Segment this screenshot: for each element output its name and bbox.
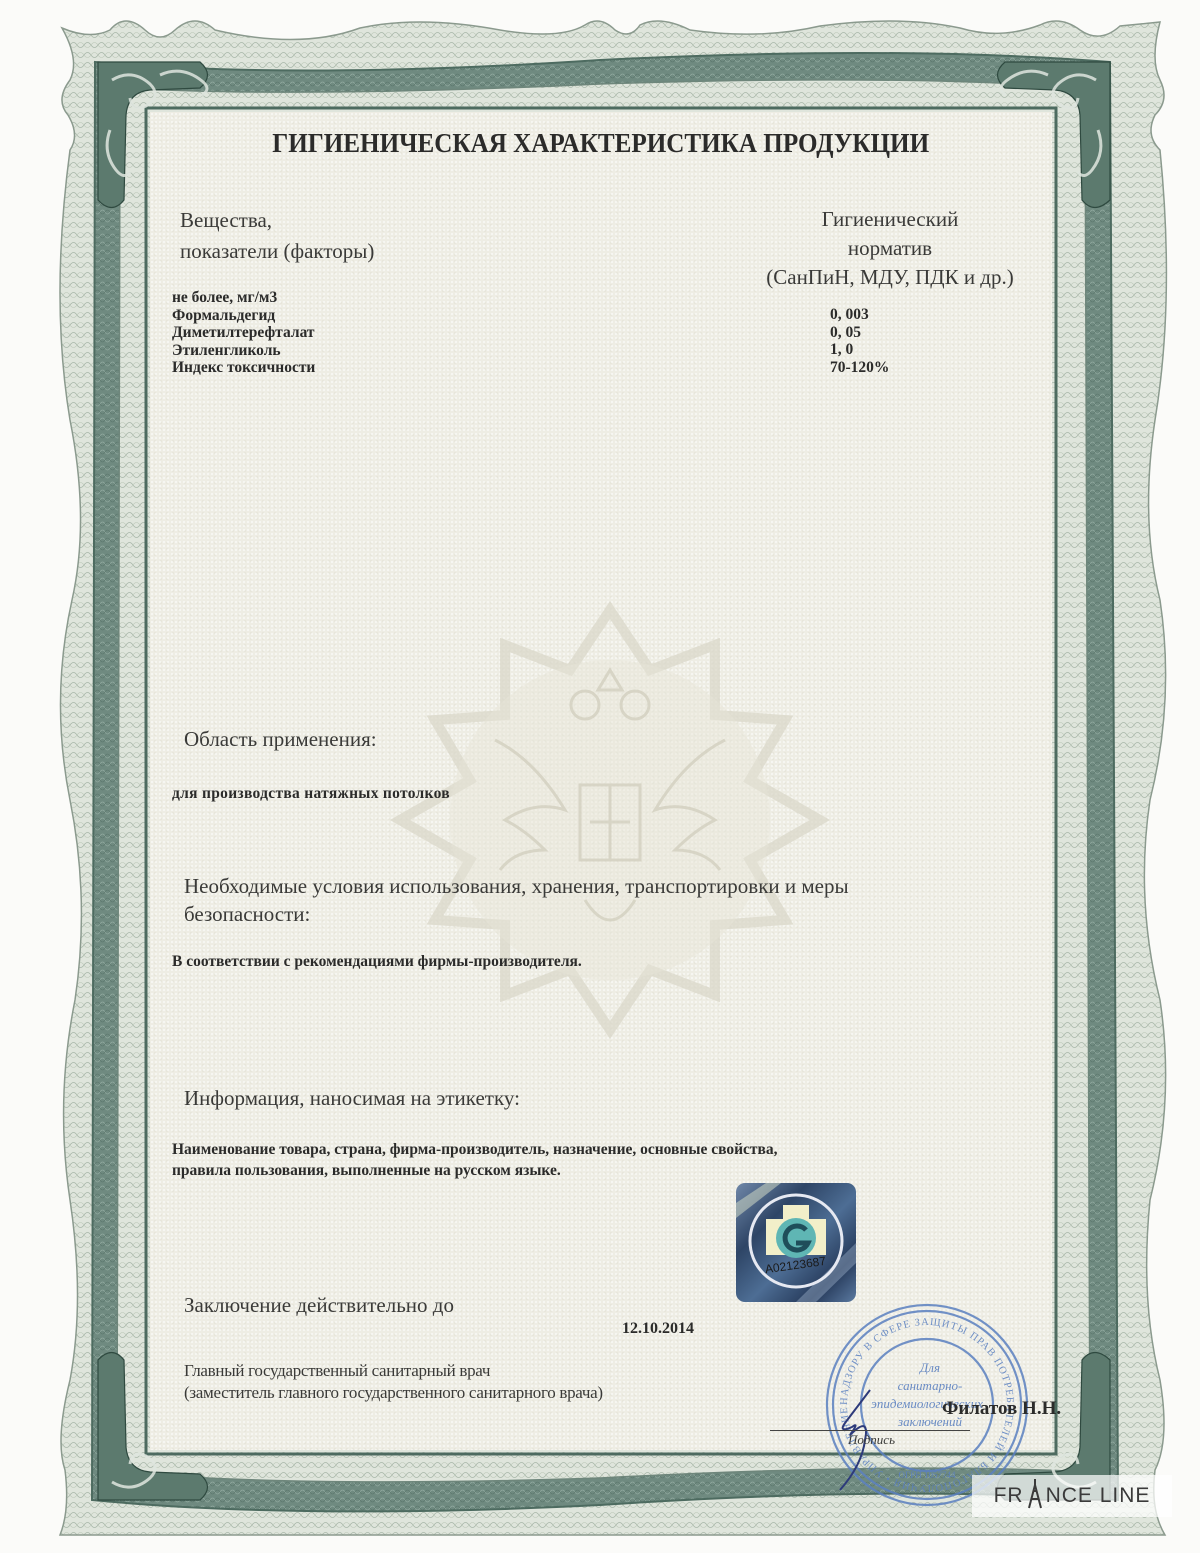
document-title: ГИГИЕНИЧЕСКАЯ ХАРАКТЕРИСТИКА ПРОДУКЦИИ: [43, 128, 1159, 159]
signatory-title-line: (заместитель главного государственного с…: [184, 1382, 603, 1404]
signatory-title-line: Главный государственный санитарный врач: [184, 1360, 603, 1382]
signatory-name: Филатов Н.Н.: [942, 1398, 1061, 1420]
substance-name: Этиленгликоль: [172, 342, 315, 360]
stamp-line: Для: [918, 1360, 940, 1375]
eiffel-tower-icon: [1025, 1479, 1045, 1509]
conditions-label-line: безопасности:: [184, 900, 849, 928]
substances-header: Вещества, показатели (факторы): [180, 205, 374, 267]
substance-name: Индекс токсичности: [172, 359, 315, 377]
label-info-label: Информация, наносимая на этикетку:: [184, 1086, 520, 1111]
validity-date: 12.10.2014: [622, 1320, 694, 1338]
label-info-value: Наименование товара, страна, фирма-произ…: [172, 1139, 778, 1181]
substance-values: 0, 003 0, 05 1, 0 70-120%: [830, 306, 889, 376]
conditions-label-line: Необходимые условия использования, хране…: [184, 872, 849, 900]
signatory-title: Главный государственный санитарный врач …: [184, 1360, 603, 1404]
norm-header-line: (СанПиН, МДУ, ПДК и др.): [720, 263, 1060, 292]
signature-caption: Подпись: [848, 1432, 895, 1448]
hologram-serial: A02123687: [764, 1254, 827, 1276]
scope-value: для производства натяжных потолков: [172, 785, 450, 803]
validity-label: Заключение действительно до: [184, 1293, 454, 1318]
substance-name: Диметилтерефталат: [172, 324, 315, 342]
norm-header-line: норматив: [720, 234, 1060, 263]
unit-label: не более, мг/м3: [172, 289, 315, 307]
substances-header-line: показатели (факторы): [180, 236, 374, 267]
label-info-line: Наименование товара, страна, фирма-произ…: [172, 1139, 778, 1160]
norm-header-line: Гигиенический: [720, 205, 1060, 234]
substance-value: 0, 003: [830, 306, 889, 324]
norm-header: Гигиенический норматив (СанПиН, МДУ, ПДК…: [720, 205, 1060, 292]
france-line-logo: FR NCE LINE: [972, 1475, 1172, 1517]
signature-line: [770, 1430, 970, 1431]
conditions-value: В соответствии с рекомендациями фирмы-пр…: [172, 953, 582, 971]
conditions-label: Необходимые условия использования, хране…: [184, 872, 849, 928]
hologram-emblem-icon: A02123687: [736, 1183, 856, 1302]
substance-value: 0, 05: [830, 324, 889, 342]
label-info-line: правила пользования, выполненные на русс…: [172, 1160, 778, 1181]
hologram-sticker: A02123687: [736, 1183, 856, 1302]
substance-value: 70-120%: [830, 359, 889, 377]
substance-name: Формальдегид: [172, 307, 315, 325]
substance-value: 1, 0: [830, 341, 889, 359]
logo-text-start: FR: [994, 1484, 1024, 1508]
scope-label: Область применения:: [184, 727, 377, 752]
substances-header-line: Вещества,: [180, 205, 374, 236]
substance-names: не более, мг/м3 Формальдегид Диметилтере…: [172, 289, 315, 377]
logo-text-end: NCE LINE: [1046, 1484, 1151, 1508]
